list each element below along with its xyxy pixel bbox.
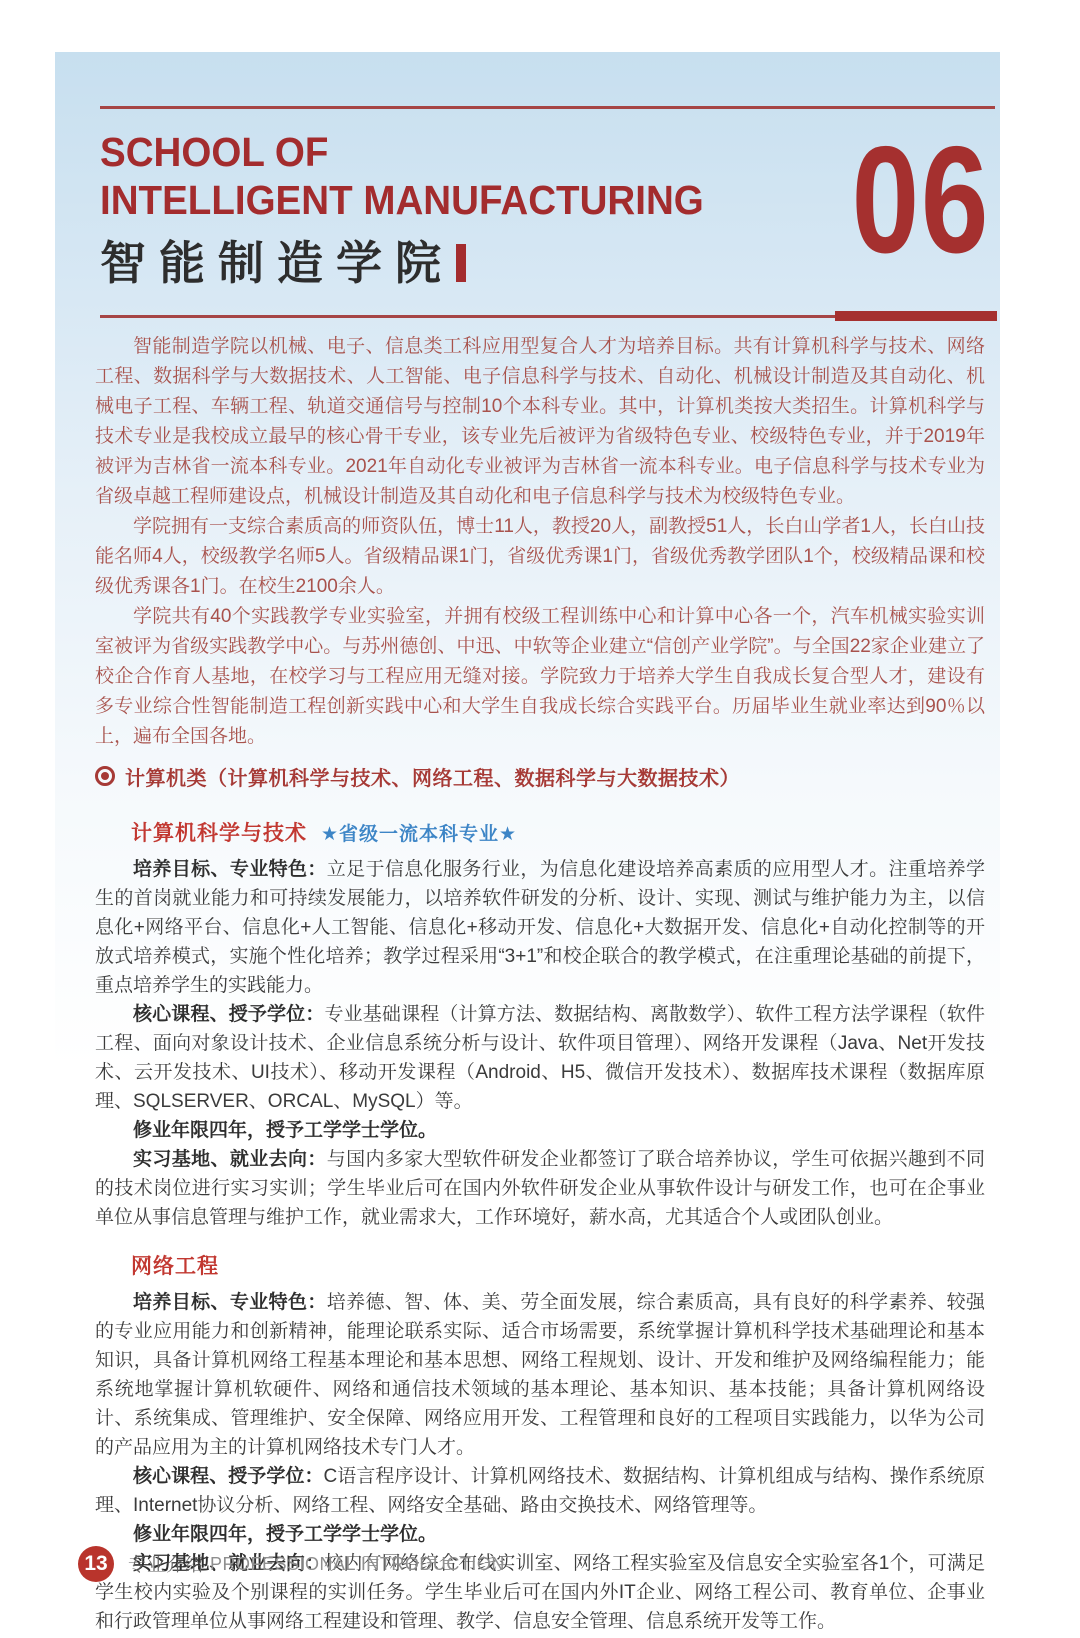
footer-label-english: PROFESSIONAL INTRODUCTION	[210, 1554, 505, 1575]
college-header: SCHOOL OF INTELLIGENT MANUFACTURING 智能制造…	[55, 52, 1000, 318]
courses-paragraph: 核心课程、授予学位：专业基础课程（计算方法、数据结构、离散数学）、软件工程方法学…	[95, 1000, 985, 1116]
chapter-number: 06	[852, 124, 990, 276]
paragraph-lead-label: 实习基地、就业去向：	[133, 1149, 327, 1170]
goals-paragraph: 培养目标、专业特色：立足于信息化服务行业，为信息化建设培养高素质的应用型人才。注…	[95, 855, 985, 1000]
page-footer: 13 专业介绍 PROFESSIONAL INTRODUCTION	[78, 1546, 505, 1582]
category-bullet-icon	[95, 766, 115, 786]
intro-paragraph-1: 智能制造学院以机械、电子、信息类工科应用型复合人才为培养目标。共有计算机科学与技…	[95, 332, 985, 512]
paragraph-lead-label: 核心课程、授予学位：	[133, 1004, 324, 1025]
school-title-english-line1: SCHOOL OF	[100, 129, 932, 177]
header-bottom-rule	[100, 315, 995, 318]
major-network-engineering-head: 网络工程	[131, 1250, 985, 1280]
paragraph-lead-label: 修业年限四年，授予工学学士学位。	[133, 1524, 437, 1545]
footer-label-chinese: 专业介绍	[128, 1551, 204, 1577]
school-title-english: SCHOOL OF INTELLIGENT MANUFACTURING	[100, 129, 932, 224]
paragraph-lead-label: 培养目标、专业特色：	[133, 1292, 327, 1313]
category-header-text: 计算机类（计算机科学与技术、网络工程、数据科学与大数据技术）	[125, 762, 740, 791]
category-header: 计算机类（计算机科学与技术、网络工程、数据科学与大数据技术）	[95, 762, 985, 791]
province-first-class-badge: ★省级一流本科专业★	[321, 819, 517, 846]
intro-paragraph-2: 学院拥有一支综合素质高的师资队伍，博士11人，教授20人，副教授51人，长白山学…	[95, 512, 985, 602]
major-computer-science-head: 计算机科学与技术 ★省级一流本科专业★	[131, 817, 985, 847]
paragraph-lead-label: 核心课程、授予学位：	[133, 1466, 324, 1487]
paragraph-text: 培养德、智、体、美、劳全面发展，综合素质高，具有良好的科学素养、较强的专业应用能…	[95, 1292, 985, 1458]
title-accent-bar	[456, 244, 466, 282]
content-panel: SCHOOL OF INTELLIGENT MANUFACTURING 智能制造…	[55, 52, 1000, 1638]
duration-degree-line: 修业年限四年，授予工学学士学位。	[95, 1520, 985, 1549]
duration-degree-line: 修业年限四年，授予工学学士学位。	[95, 1116, 985, 1145]
paragraph-lead-label: 修业年限四年，授予工学学士学位。	[133, 1120, 437, 1141]
header-rule-accent	[835, 311, 997, 321]
header-top-rule	[100, 106, 995, 109]
courses-paragraph: 核心课程、授予学位：C语言程序设计、计算机网络技术、数据结构、计算机组成与结构、…	[95, 1462, 985, 1520]
page-number-badge: 13	[78, 1546, 114, 1582]
school-title-chinese: 智能制造学院	[100, 238, 454, 289]
major-name: 网络工程	[131, 1250, 219, 1280]
major-name: 计算机科学与技术	[131, 817, 307, 847]
major-computer-science: 计算机科学与技术 ★省级一流本科专业★ 培养目标、专业特色：立足于信息化服务行业…	[95, 817, 985, 1232]
intro-paragraph-3: 学院共有40个实践教学专业实验室，并拥有校级工程训练中心和计算中心各一个，汽车机…	[95, 602, 985, 752]
goals-paragraph: 培养目标、专业特色：培养德、智、体、美、劳全面发展，综合素质高，具有良好的科学素…	[95, 1288, 985, 1462]
school-title-english-line2: INTELLIGENT MANUFACTURING	[100, 177, 932, 225]
category-bullet-dot	[101, 772, 109, 780]
internship-employment-paragraph: 实习基地、就业去向：与国内多家大型软件研发企业都签订了联合培养协议，学生可依据兴…	[95, 1145, 985, 1232]
paragraph-lead-label: 培养目标、专业特色：	[133, 859, 327, 880]
brochure-page: SCHOOL OF INTELLIGENT MANUFACTURING 智能制造…	[0, 0, 1080, 1638]
college-introduction: 智能制造学院以机械、电子、信息类工科应用型复合人才为培养目标。共有计算机科学与技…	[95, 332, 985, 752]
